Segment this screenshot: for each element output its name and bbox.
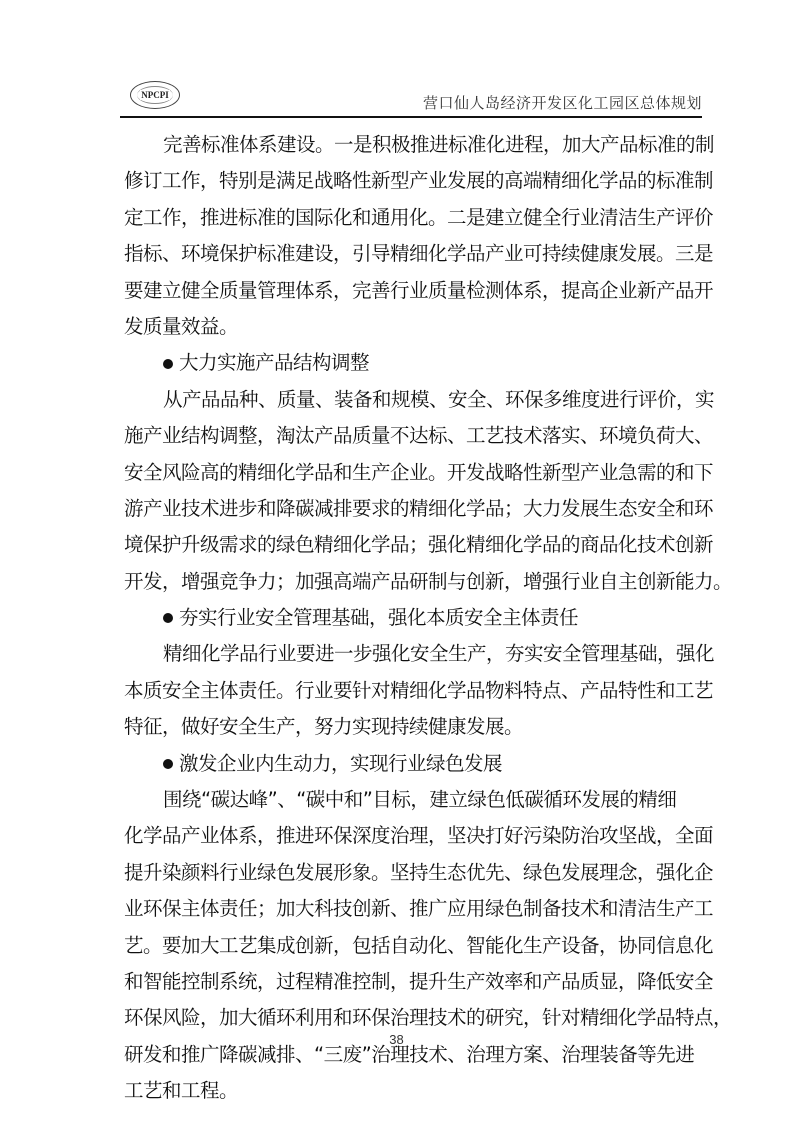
page-body: 完善标准体系建设。一是积极推进标准化进程，加大产品标准的制 修订工作，特别是满足…	[124, 127, 704, 1110]
page-number: 38	[0, 1032, 793, 1047]
text-line: 艺。要加大工艺集成创新，包括自动化、智能化生产设备，协同信息化	[124, 928, 704, 964]
npcpi-logo: NPCPI	[130, 81, 180, 109]
paragraph-green: 围绕“碳达峰”、“碳中和”目标，建立绿色低碳循环发展的精细 化学品产业体系，推进…	[124, 782, 704, 1110]
bullet-heading-safety: 夯实行业安全管理基础，强化本质安全主体责任	[124, 600, 704, 636]
text-line: 发质量效益。	[124, 309, 704, 345]
bullet-heading-text: 大力实施产品结构调整	[179, 345, 369, 381]
text-line: 开发，增强竞争力；加强高端产品研制与创新，增强行业自主创新能力。	[124, 564, 704, 600]
logo-text: NPCPI	[140, 90, 170, 100]
text-line: 施产业结构调整，淘汰产品质量不达标、工艺技术落实、环境负荷大、	[124, 418, 704, 454]
text-line: 本质安全主体责任。行业要针对精细化学品物料特点、产品特性和工艺	[124, 673, 704, 709]
page-header: NPCPI 营口仙人岛经济开发区化工园区总体规划	[120, 78, 702, 116]
text-line: 指标、环境保护标准建设，引导精细化学品产业可持续健康发展。三是	[124, 236, 704, 272]
paragraph-safety: 精细化学品行业要进一步强化安全生产，夯实安全管理基础，强化 本质安全主体责任。行…	[124, 636, 704, 745]
header-divider	[120, 116, 702, 118]
text-line: 要建立健全质量管理体系，完善行业质量检测体系，提高企业新产品开	[124, 273, 704, 309]
bullet-heading-text: 激发企业内生动力，实现行业绿色发展	[179, 746, 502, 782]
text-line: 从产品品种、质量、装备和规模、安全、环保多维度进行评价，实	[124, 382, 704, 418]
text-line: 业环保主体责任；加大科技创新、推广应用绿色制备技术和清洁生产工	[124, 891, 704, 927]
text-line: 围绕“碳达峰”、“碳中和”目标，建立绿色低碳循环发展的精细	[124, 782, 704, 818]
text-line: 化学品产业体系，推进环保深度治理，坚决打好污染防治攻坚战，全面	[124, 818, 704, 854]
bullet-icon	[163, 613, 173, 623]
text-line: 提升染颜料行业绿色发展形象。坚持生态优先、绿色发展理念，强化企	[124, 855, 704, 891]
text-line: 定工作，推进标准的国际化和通用化。二是建立健全行业清洁生产评价	[124, 200, 704, 236]
text-line: 特征，做好安全生产，努力实现持续健康发展。	[124, 709, 704, 745]
text-line: 境保护升级需求的绿色精细化学品；强化精细化学品的商品化技术创新	[124, 527, 704, 563]
text-line: 和智能控制系统，过程精准控制，提升生产效率和产品质显，降低安全	[124, 964, 704, 1000]
bullet-icon	[163, 359, 173, 369]
paragraph-structure: 从产品品种、质量、装备和规模、安全、环保多维度进行评价，实 施产业结构调整，淘汰…	[124, 382, 704, 600]
bullet-heading-structure: 大力实施产品结构调整	[124, 345, 704, 381]
text-line: 修订工作，特别是满足战略性新型产业发展的高端精细化学品的标准制	[124, 163, 704, 199]
text-line: 安全风险高的精细化学品和生产企业。开发战略性新型产业急需的和下	[124, 455, 704, 491]
text-line: 游产业技术进步和降碳减排要求的精细化学品；大力发展生态安全和环	[124, 491, 704, 527]
bullet-heading-text: 夯实行业安全管理基础，强化本质安全主体责任	[179, 600, 578, 636]
paragraph-standards: 完善标准体系建设。一是积极推进标准化进程，加大产品标准的制 修订工作，特别是满足…	[124, 127, 704, 345]
document-title: 营口仙人岛经济开发区化工园区总体规划	[423, 92, 702, 113]
bullet-icon	[163, 759, 173, 769]
text-line: 工艺和工程。	[124, 1073, 704, 1109]
bullet-heading-green: 激发企业内生动力，实现行业绿色发展	[124, 746, 704, 782]
text-line: 精细化学品行业要进一步强化安全生产，夯实安全管理基础，强化	[124, 636, 704, 672]
text-line: 完善标准体系建设。一是积极推进标准化进程，加大产品标准的制	[124, 127, 704, 163]
